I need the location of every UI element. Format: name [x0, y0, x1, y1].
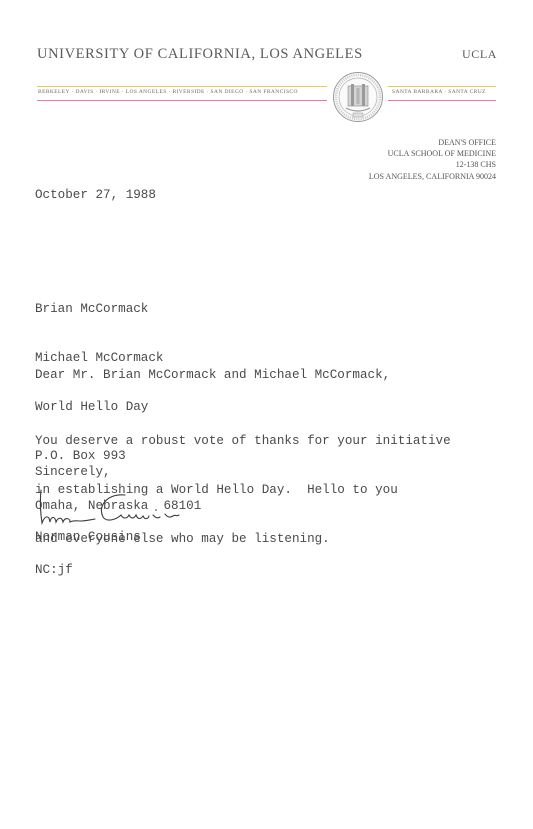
- campus-list-left: BERKELEY · DAVIS · IRVINE · LOS ANGELES …: [38, 89, 298, 95]
- header-rule: [37, 86, 327, 87]
- office-line: LOS ANGELES, CALIFORNIA 90024: [369, 171, 496, 182]
- salutation: Dear Mr. Brian McCormack and Michael McC…: [35, 367, 390, 383]
- letter-date: October 27, 1988: [35, 187, 156, 203]
- institution-abbrev: UCLA: [462, 47, 497, 62]
- office-address: DEAN'S OFFICE UCLA SCHOOL OF MEDICINE 12…: [369, 137, 496, 182]
- signer-name: Norman Cousins: [35, 529, 141, 545]
- reference-initials: NC:jf: [35, 562, 73, 578]
- header-rule: [388, 86, 496, 87]
- address-line: Brian McCormack: [35, 301, 201, 317]
- office-line: DEAN'S OFFICE: [369, 137, 496, 148]
- handwritten-signature-icon: [37, 485, 187, 530]
- body-line: You deserve a robust vote of thanks for …: [35, 433, 451, 449]
- closing: Sincerely,: [35, 464, 111, 480]
- office-line: UCLA SCHOOL OF MEDICINE: [369, 148, 496, 159]
- institution-name: UNIVERSITY OF CALIFORNIA, LOS ANGELES: [37, 46, 363, 63]
- header-rule: [388, 100, 496, 101]
- office-line: 12-138 CHS: [369, 159, 496, 170]
- address-line: Michael McCormack: [35, 350, 201, 366]
- letter-page: UNIVERSITY OF CALIFORNIA, LOS ANGELES UC…: [0, 0, 533, 829]
- header-rule: [37, 100, 327, 101]
- university-seal-icon: [332, 71, 384, 123]
- campus-list-right: SANTA BARBARA · SANTA CRUZ: [392, 89, 486, 95]
